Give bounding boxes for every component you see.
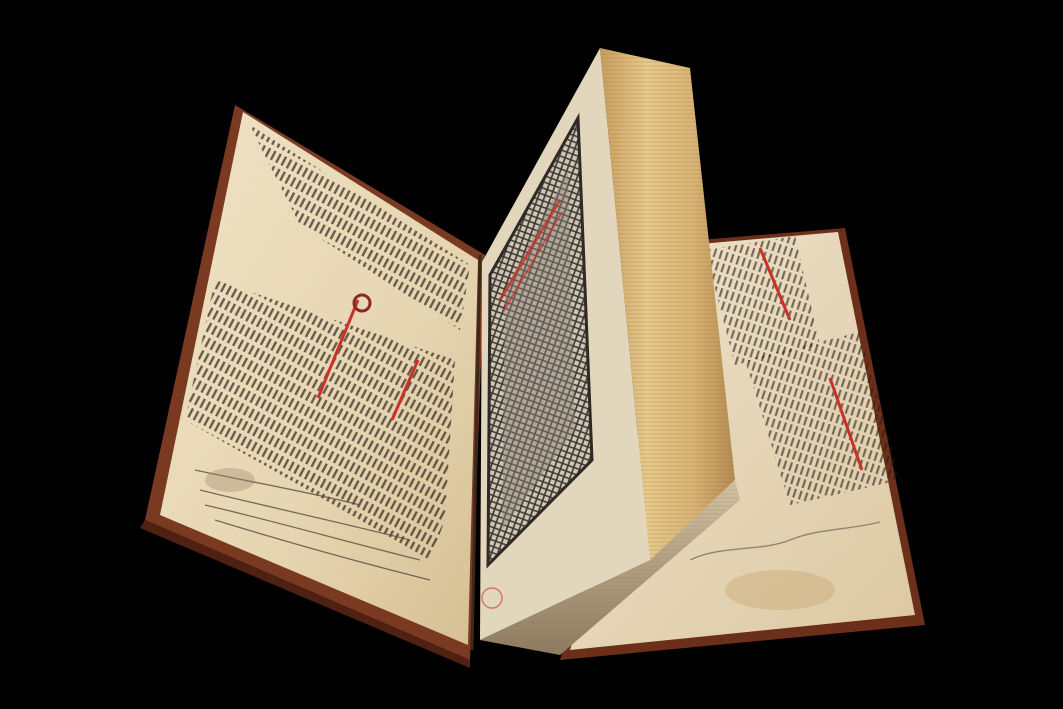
stain xyxy=(725,570,835,610)
stain xyxy=(205,468,255,492)
book-photograph xyxy=(0,0,1063,709)
